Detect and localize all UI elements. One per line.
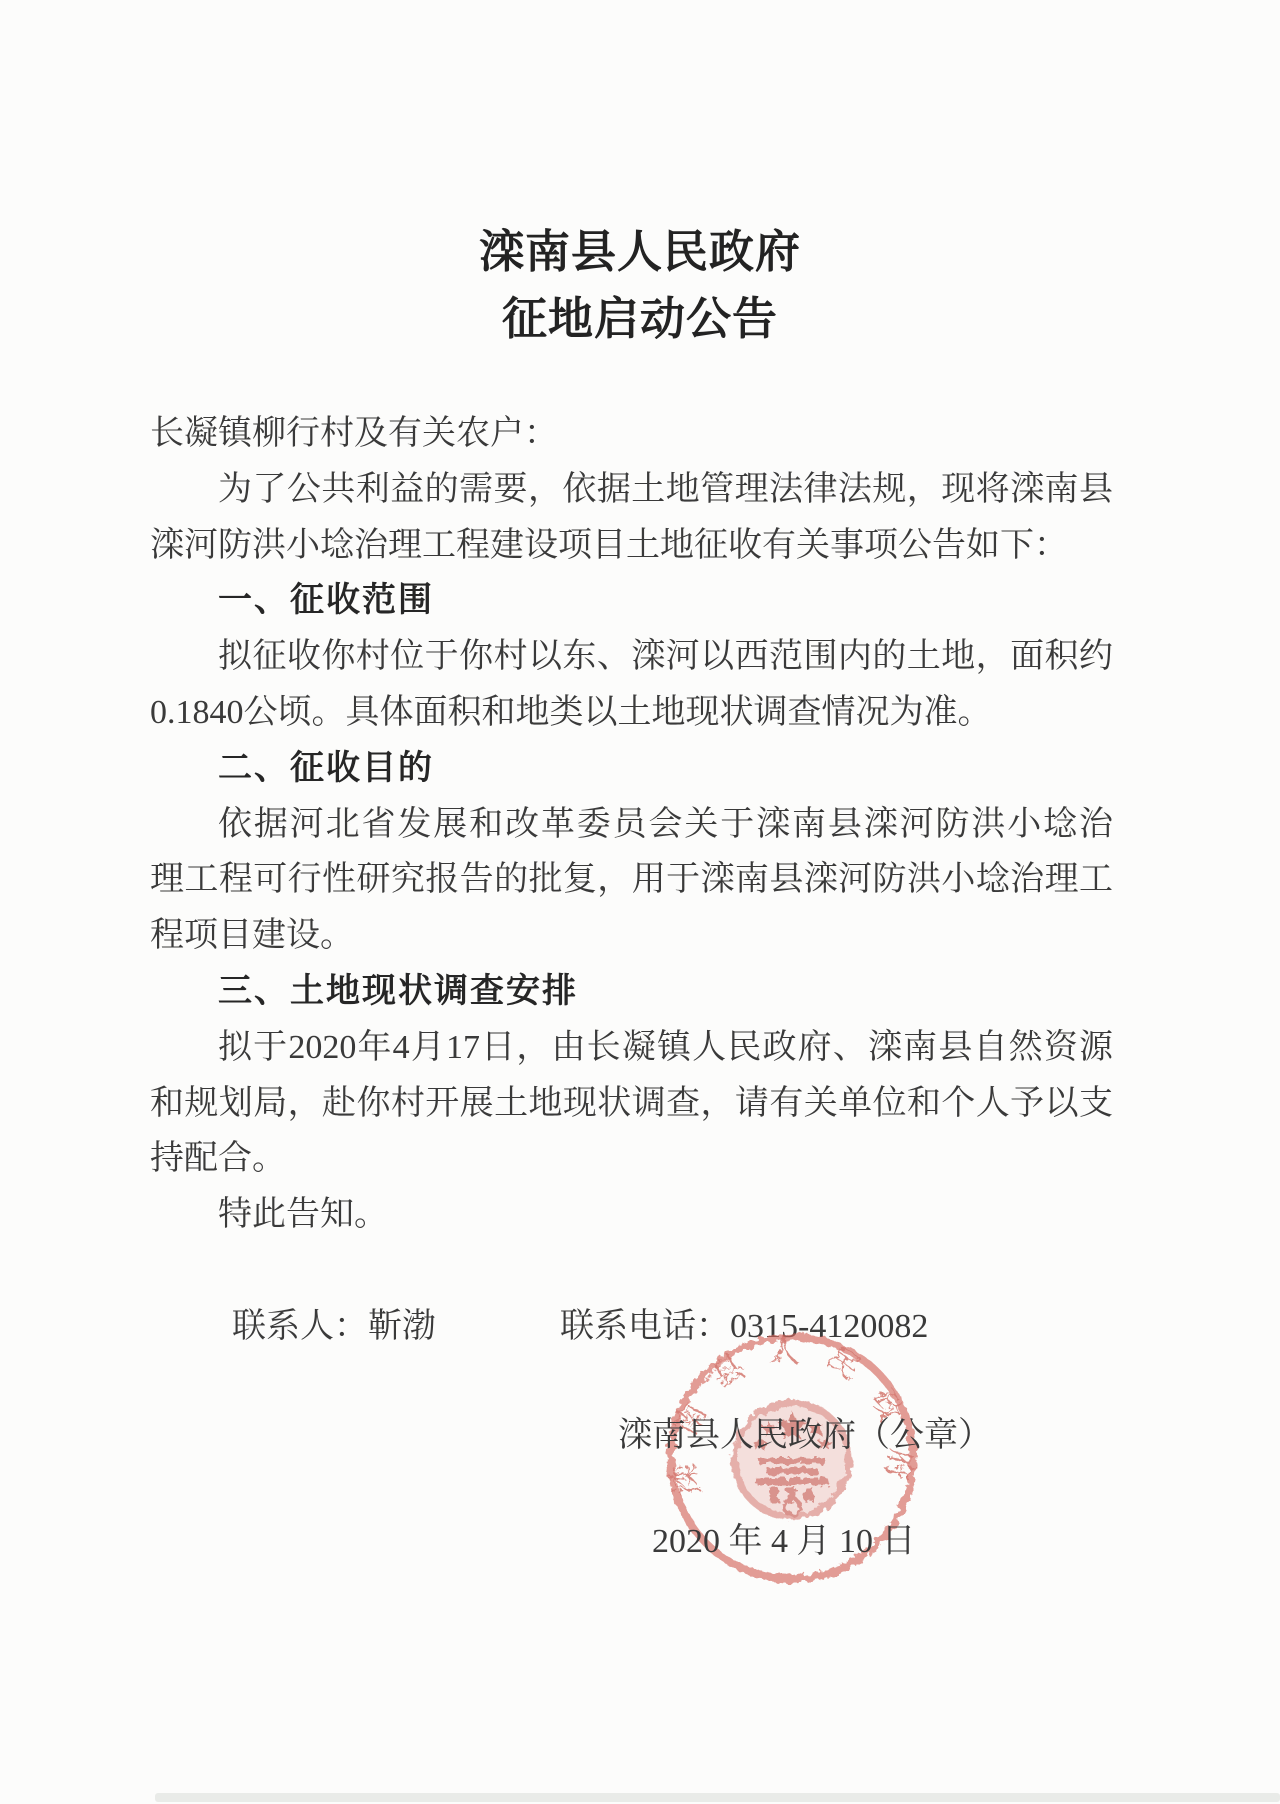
document-title-line1: 滦南县人民政府 <box>0 228 1280 276</box>
scan-edge-artifact <box>155 1793 1280 1802</box>
body-line: 二、征收目的 <box>150 741 1113 797</box>
document-date: 2020 年 4 月 10 日 <box>652 1522 916 1562</box>
body-line: 拟于2020年4月17日，由长凝镇人民政府、滦南县自然资源 <box>150 1020 1113 1076</box>
body-line: 依据河北省发展和改革委员会关于滦南县滦河防洪小埝治 <box>150 797 1113 853</box>
body-line: 程项目建设。 <box>150 908 1113 964</box>
body-line: 三、土地现状调查安排 <box>150 964 1113 1020</box>
body-line: 理工程可行性研究报告的批复，用于滦南县滦河防洪小埝治理工 <box>150 852 1113 908</box>
body-line: 0.1840公顷。具体面积和地类以土地现状调查情况为准。 <box>150 685 1113 741</box>
contact-phone: 联系电话：0315-4120082 <box>560 1299 928 1355</box>
document-title-line2: 征地启动公告 <box>0 295 1280 343</box>
announcement-body: 长凝镇柳行村及有关农户：为了公共利益的需要，依据土地管理法律法规，现将滦南县滦河… <box>150 406 1113 1243</box>
body-line: 一、征收范围 <box>150 573 1113 629</box>
contact-person: 联系人：靳渤 <box>232 1299 436 1355</box>
body-line: 特此告知。 <box>150 1187 1113 1243</box>
contact-line: 联系人：靳渤 联系电话：0315-4120082 <box>150 1299 1113 1355</box>
body-line: 为了公共利益的需要，依据土地管理法律法规，现将滦南县 <box>150 462 1113 518</box>
announcement-page: 滦南县人民政府 征地启动公告 长凝镇柳行村及有关农户：为了公共利益的需要，依据土… <box>0 0 1280 1804</box>
signature-authority: 滦南县人民政府（公章） <box>618 1416 992 1456</box>
body-line: 拟征收你村位于你村以东、滦河以西范围内的土地，面积约 <box>150 629 1113 685</box>
body-line: 长凝镇柳行村及有关农户： <box>150 406 1113 462</box>
body-line: 持配合。 <box>150 1131 1113 1187</box>
body-line: 滦河防洪小埝治理工程建设项目土地征收有关事项公告如下： <box>150 518 1113 574</box>
body-line: 和规划局，赴你村开展土地现状调查，请有关单位和个人予以支 <box>150 1076 1113 1132</box>
